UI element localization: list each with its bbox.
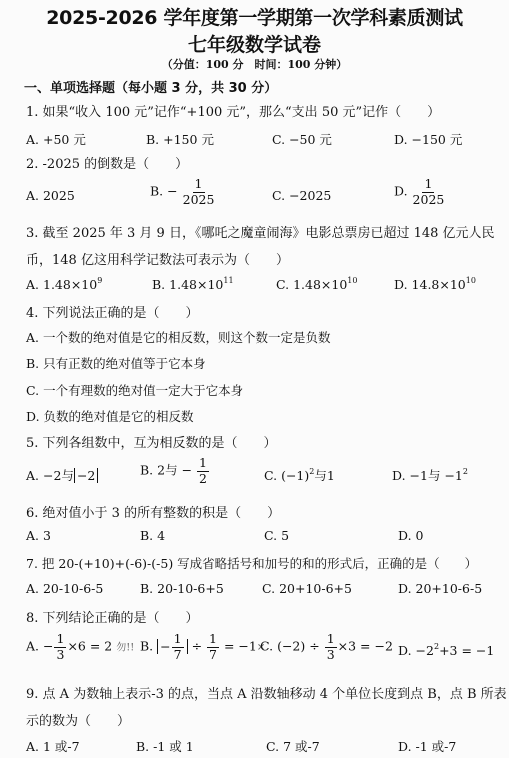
option-label: D. — [398, 643, 412, 658]
q6-option-a[interactable]: A. 3 — [26, 528, 51, 543]
divide-sign: ÷ — [192, 639, 202, 654]
q6-option-d[interactable]: D. 0 — [398, 528, 423, 543]
minus-sign: − — [167, 184, 177, 199]
q9-option-c[interactable]: C. 7 或-7 — [266, 737, 320, 755]
q3-option-c[interactable]: C. 1.48×1010 — [276, 277, 357, 292]
q8-option-c[interactable]: C. (−2) ÷ 13×3 = −2 — [260, 633, 393, 661]
option-base: 1.48×10 — [169, 277, 223, 292]
option-text: ×6 = 2 — [67, 639, 112, 654]
fraction: 17 — [207, 633, 219, 661]
option-base: 1.48×10 — [43, 277, 97, 292]
q9-option-a[interactable]: A. 1 或-7 — [26, 737, 80, 755]
option-label: B. — [140, 639, 153, 654]
numerator: 1 — [207, 633, 219, 648]
absolute-value: −17 — [157, 639, 187, 654]
option-text: (−2) ÷ — [277, 639, 320, 654]
denominator: 2025 — [183, 193, 215, 207]
q2-option-a[interactable]: A. 2025 — [26, 188, 75, 203]
handwritten-mark: 勿!! — [116, 643, 134, 654]
question-9-stem-line1: 9. 点 A 为数轴上表示-3 的点，当点 A 沿数轴移动 4 个单位长度到点 … — [26, 683, 507, 702]
option-text: 2与 − — [157, 463, 192, 478]
q4-option-d[interactable]: D. 负数的绝对值是它的相反数 — [26, 407, 194, 425]
question-5-stem: 5. 下列各组数中，互为相反数的是（ ） — [26, 432, 277, 451]
exponent: 11 — [223, 276, 233, 285]
q2-option-d[interactable]: D. 1 2025 — [394, 178, 445, 206]
exam-page: 2025-2026 学年度第一学期第一次学科素质测试 七年级数学试卷 （分值：1… — [0, 0, 509, 758]
option-label: D. — [394, 184, 408, 199]
q5-option-a[interactable]: A. −2与−2 — [26, 466, 98, 484]
option-base: (−1) — [281, 468, 309, 483]
numerator: 1 — [172, 633, 184, 648]
q8-option-d[interactable]: D. −22+3 = −1 — [398, 643, 494, 658]
q1-option-c[interactable]: C. −50 元 — [272, 130, 332, 148]
option-base: 1.48×10 — [293, 277, 347, 292]
option-label: C. — [276, 277, 289, 292]
exam-title: 2025-2026 学年度第一学期第一次学科素质测试 — [0, 3, 509, 30]
numerator: 1 — [325, 633, 337, 648]
denominator: 2 — [199, 472, 207, 486]
q3-option-d[interactable]: D. 14.8×1010 — [394, 277, 476, 292]
option-label: A. — [26, 639, 39, 654]
option-label: B. — [150, 184, 163, 199]
q8-option-b[interactable]: B. −17 ÷ 17 = −1✕ — [140, 633, 265, 661]
q7-option-a[interactable]: A. 20-10-6-5 — [26, 581, 103, 596]
denominator: 7 — [209, 648, 217, 662]
q3-option-b[interactable]: B. 1.48×1011 — [152, 277, 234, 292]
numerator: 1 — [422, 178, 434, 193]
question-3-stem-line2: 币，148 亿这用科学记数法可表示为（ ） — [26, 249, 289, 268]
q7-option-b[interactable]: B. 20-10-6+5 — [140, 581, 224, 596]
option-text: 与1 — [314, 468, 334, 483]
q2-option-b[interactable]: B. − 1 2025 — [150, 178, 215, 206]
denominator: 7 — [174, 648, 182, 662]
numerator: 1 — [197, 457, 209, 472]
option-label: D. — [394, 277, 408, 292]
q2-option-c[interactable]: C. −2025 — [272, 188, 331, 203]
q9-option-d[interactable]: D. -1 或-7 — [398, 737, 456, 755]
minus-sign: − — [43, 639, 53, 654]
option-text: ×3 = −2 — [338, 639, 393, 654]
option-base: 14.8×10 — [412, 277, 466, 292]
q4-option-c[interactable]: C. 一个有理数的绝对值一定大于它本身 — [26, 381, 243, 399]
q5-option-d[interactable]: D. −1与 −12 — [392, 466, 468, 484]
fraction: 1 2025 — [413, 178, 445, 206]
exponent: 2 — [463, 467, 468, 476]
fraction: 1 2025 — [183, 178, 215, 206]
option-label: C. — [260, 639, 273, 654]
option-label: A. — [26, 468, 39, 483]
exponent: 9 — [97, 276, 102, 285]
section-heading: 一、单项选择题（每小题 3 分，共 30 分） — [24, 77, 277, 96]
fraction: 13 — [325, 633, 337, 661]
option-label: B. — [140, 463, 153, 478]
numerator: 1 — [54, 633, 66, 648]
option-base: −2 — [416, 643, 434, 658]
q3-option-a[interactable]: A. 1.48×109 — [26, 277, 102, 292]
option-text: −2与 — [43, 468, 74, 483]
question-4-stem: 4. 下列说法正确的是（ ） — [26, 302, 199, 321]
q4-option-a[interactable]: A. 一个数的绝对值是它的相反数，则这个数一定是负数 — [26, 328, 330, 346]
q9-option-b[interactable]: B. -1 或 1 — [136, 737, 194, 755]
exam-subtitle: 七年级数学试卷 — [0, 30, 509, 57]
question-9-stem-line2: 示的数为（ ） — [26, 710, 130, 729]
question-1-stem: 1. 如果“收入 100 元”记作“+100 元”，那么“支出 50 元”记作（… — [26, 101, 440, 120]
question-7-stem: 7. 把 20-(+10)+(-6)-(-5) 写成省略括号和加号的和的形式后，… — [26, 554, 477, 572]
exponent: 10 — [347, 276, 357, 285]
option-label: C. — [264, 468, 277, 483]
denominator: 3 — [327, 648, 335, 662]
option-base: −1与 −1 — [410, 468, 463, 483]
option-text: +3 = −1 — [439, 643, 494, 658]
q4-option-b[interactable]: B. 只有正数的绝对值等于它本身 — [26, 354, 206, 372]
q1-option-a[interactable]: A. +50 元 — [26, 130, 86, 148]
option-label: B. — [152, 277, 165, 292]
denominator: 2025 — [413, 193, 445, 207]
question-6-stem: 6. 绝对值小于 3 的所有整数的积是（ ） — [26, 502, 280, 521]
q7-option-d[interactable]: D. 20+10-6-5 — [398, 581, 482, 596]
exponent: 10 — [466, 276, 476, 285]
q5-option-b[interactable]: B. 2与 − 1 2 — [140, 457, 210, 485]
q7-option-c[interactable]: C. 20+10-6+5 — [262, 581, 352, 596]
denominator: 3 — [56, 648, 64, 662]
fraction: 13 — [54, 633, 66, 661]
option-text: = −1 — [224, 639, 257, 654]
question-2-stem: 2. -2025 的倒数是（ ） — [26, 153, 188, 172]
q6-option-b[interactable]: B. 4 — [140, 528, 165, 543]
q6-option-c[interactable]: C. 5 — [264, 528, 289, 543]
option-label: D. — [392, 468, 406, 483]
q5-option-c[interactable]: C. (−1)2与1 — [264, 466, 335, 484]
minus-sign: − — [160, 639, 170, 654]
q1-option-d[interactable]: D. −150 元 — [394, 130, 462, 148]
q1-option-b[interactable]: B. +150 元 — [146, 130, 214, 148]
numerator: 1 — [193, 178, 205, 193]
option-label: A. — [26, 277, 39, 292]
question-3-stem-line1: 3. 截至 2025 年 3 月 9 日，《哪吒之魔童闹海》电影总票房已超过 1… — [26, 222, 495, 241]
exam-meta: （分值：100 分 时间：100 分钟） — [0, 56, 509, 72]
question-8-stem: 8. 下列结论正确的是（ ） — [26, 607, 199, 626]
q8-option-a[interactable]: A. −13×6 = 2 勿!! — [26, 633, 134, 661]
fraction: 17 — [172, 633, 184, 661]
fraction: 1 2 — [197, 457, 209, 485]
absolute-value: −2 — [74, 468, 98, 483]
